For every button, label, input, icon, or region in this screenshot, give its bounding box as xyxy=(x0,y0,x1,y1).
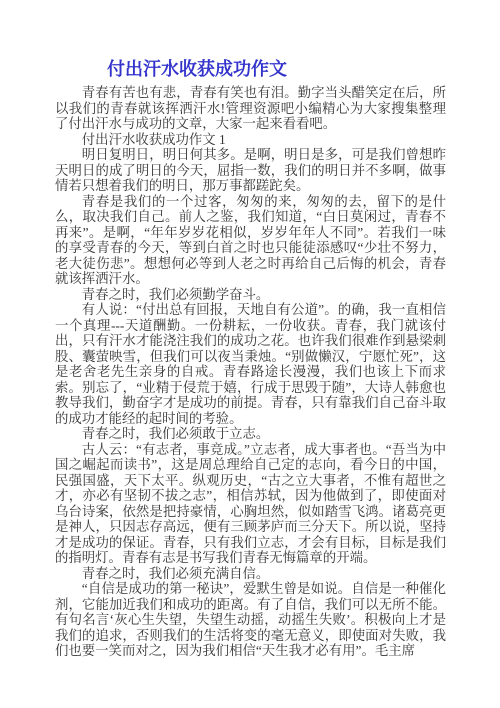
essay-paragraph: 明日复明日，明日何其多。是啊，明日是多，可是我们曾想昨天明日的成了明日的今天，屈… xyxy=(55,147,446,194)
essay-paragraph: 有人说：“付出总有回报，天地自有公道”。的确，我一直相信一个真理---天道酬勤。… xyxy=(55,302,446,426)
essay-content: 付出汗水收获成功作文 青春有苦也有悲，青春有笑也有泪。勤字当头醋笑定在后，所以我… xyxy=(55,57,446,659)
essay-paragraph: “自信是成功的第一秘诀”，爱默生曾是如说。自信是一种催化剂，它能加近我们和成功的… xyxy=(55,581,446,659)
essay-subtitle-1: 付出汗水收获成功作文 1 xyxy=(55,132,446,148)
document-page: 付出汗水收获成功作文 青春有苦也有悲，青春有笑也有泪。勤字当头醋笑定在后，所以我… xyxy=(0,0,500,708)
essay-paragraph: 青春之时，我们必须勤学奋斗。 xyxy=(55,287,446,303)
essay-paragraph: 青春是我们的一个过客，匆匆的来，匆匆的去，留下的是什么，取决我们自己。前人之鉴，… xyxy=(55,194,446,287)
essay-title: 付出汗水收获成功作文 xyxy=(55,57,446,81)
essay-paragraph: 古人云：“有志者，事竞成。”立志者，成大事者也。“吾当为中国之崛起而读书”，这是… xyxy=(55,442,446,566)
essay-paragraph-intro: 青春有苦也有悲，青春有笑也有泪。勤字当头醋笑定在后，所以我们的青春就该挥洒汗水!… xyxy=(55,85,446,132)
essay-paragraph: 青春之时，我们必须充满自信。 xyxy=(55,566,446,582)
essay-paragraph: 青春之时，我们必须敢于立志。 xyxy=(55,426,446,442)
